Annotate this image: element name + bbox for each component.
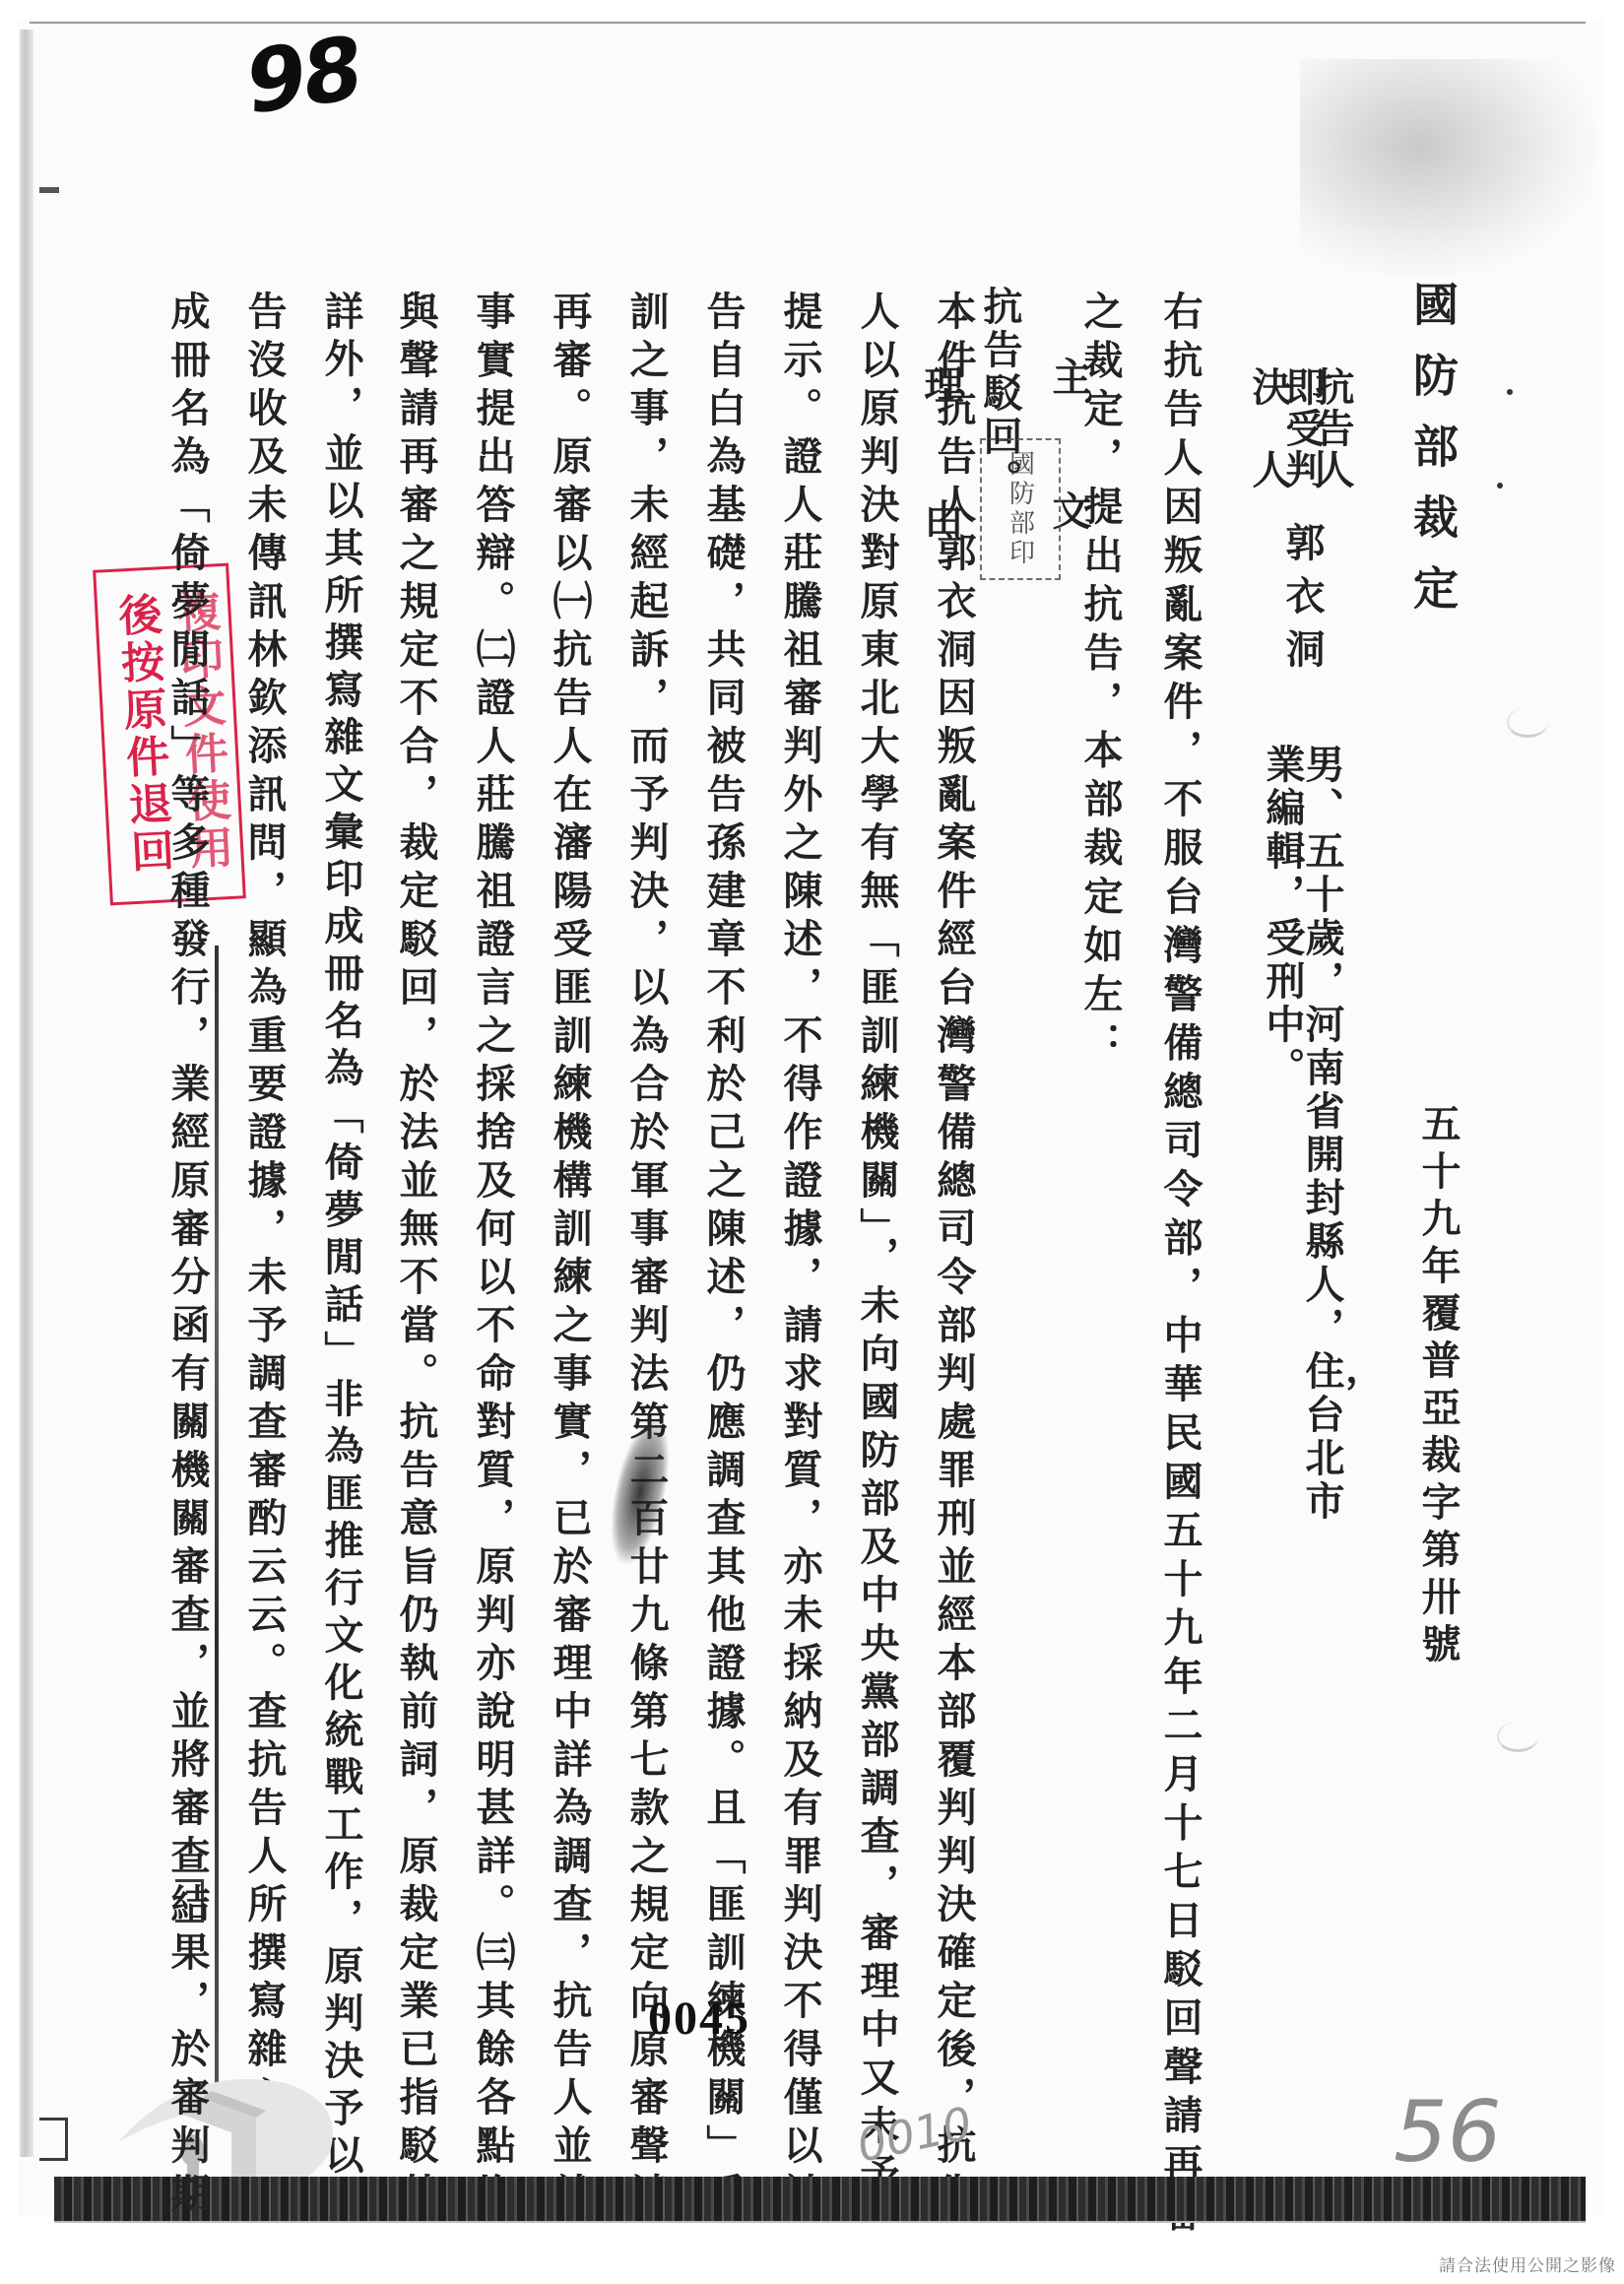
- archive-watermark-logo-icon: [108, 2063, 345, 2191]
- bracket-mark: [39, 2118, 68, 2161]
- reasons-line-5: 訓之事，未經起訴，而予判決，以為合於軍事審判法第二百廿九條第七款之規定向原審聲請: [626, 291, 666, 2221]
- reasons-line-6: 再審。原審以㈠抗告人在瀋陽受匪訓練機構訓練之事實，已於審理中詳為調查，抗告人並就: [550, 291, 589, 2221]
- scan-left-edge: [20, 30, 33, 2157]
- party-name: 郭衣洞: [1282, 522, 1322, 682]
- party-comma: ，: [1316, 1374, 1355, 1424]
- reasons-line-3: 提示。證人莊騰祖審判外之陳述，不得作證據，請求對質，亦未採納及有罪判決不得僅以被: [780, 291, 819, 2221]
- handwritten-folio-number: 98: [245, 16, 360, 134]
- ministry-seal: 國防部印: [980, 438, 1061, 580]
- reasons-line-2: 人以原判決對原東北大學有無「匪訓練機關」，未向國防部及中央黨部調查，審理中又未予: [857, 291, 896, 2201]
- party-role-judged-b: 決 人: [1249, 366, 1288, 490]
- reasons-line-4: 告自白為基礎，共同被告孫建章不利於己之陳述，仍應調查其他證據。且「匪訓練機關」受: [703, 291, 743, 2221]
- reasons-line-10: 告沒收及未傳訊林欽添訊問，顯為重要證據，未予調查審酌云云。查抗告人所撰寫雜文分裝: [244, 291, 284, 2221]
- pencil-page-number: 56: [1394, 2083, 1501, 2182]
- binder-line: [215, 946, 219, 2108]
- scan-bottom-band: [54, 2177, 1586, 2223]
- scan-smudge: [1300, 59, 1595, 276]
- punch-hole-mark: [1507, 707, 1548, 738]
- reasons-line-11: 成冊名為「倚夢閒話」等多種發行，業經原審分函有關機關審查，並將審查結果，於審判期: [167, 291, 207, 2221]
- usage-notice: 請合法使用公開之影像: [1439, 2251, 1616, 2276]
- page-number-stamp: 0045: [648, 1991, 750, 2046]
- edge-mark: [39, 187, 59, 193]
- reasons-line-1: 本件抗告人郭衣洞因叛亂案件經台灣警備總司令部判處罪刑並經本部覆判判決確定後，抗告: [934, 291, 973, 2221]
- case-number: 五十九年覆普亞裁字第卅號: [1418, 1103, 1458, 1670]
- top-rule: [30, 22, 1586, 24]
- stamp-col-2: 後按原件退回: [112, 592, 170, 878]
- reasons-line-9: 詳外，並以其所撰寫雜文彙印成冊名為「倚夢閒話」非為匪推行文化統戰工作，原判決予以…: [321, 291, 360, 2229]
- speck: [1507, 389, 1513, 395]
- speck: [1497, 483, 1503, 489]
- party-details-line2: 業編輯，受刑中。: [1263, 744, 1302, 1090]
- punch-hole-mark: [1497, 1722, 1538, 1752]
- reasons-line-7: 事實提出答辯。㈡證人莊騰祖證言之採捨及何以不命對質，原判亦說明甚詳。㈢其餘各點均: [473, 291, 512, 2221]
- reasons-line-8: 與聲請再審之規定不合，裁定駁回，於法並無不當。抗告意旨仍執前詞，原裁定業已指駁甚: [396, 291, 435, 2221]
- intro-line-1: 右抗告人因叛亂案件，不服台灣警備總司令部，中華民國五十九年二月十七日駁回聲請再審: [1160, 291, 1200, 2241]
- document-title: 國防部裁定: [1410, 281, 1456, 635]
